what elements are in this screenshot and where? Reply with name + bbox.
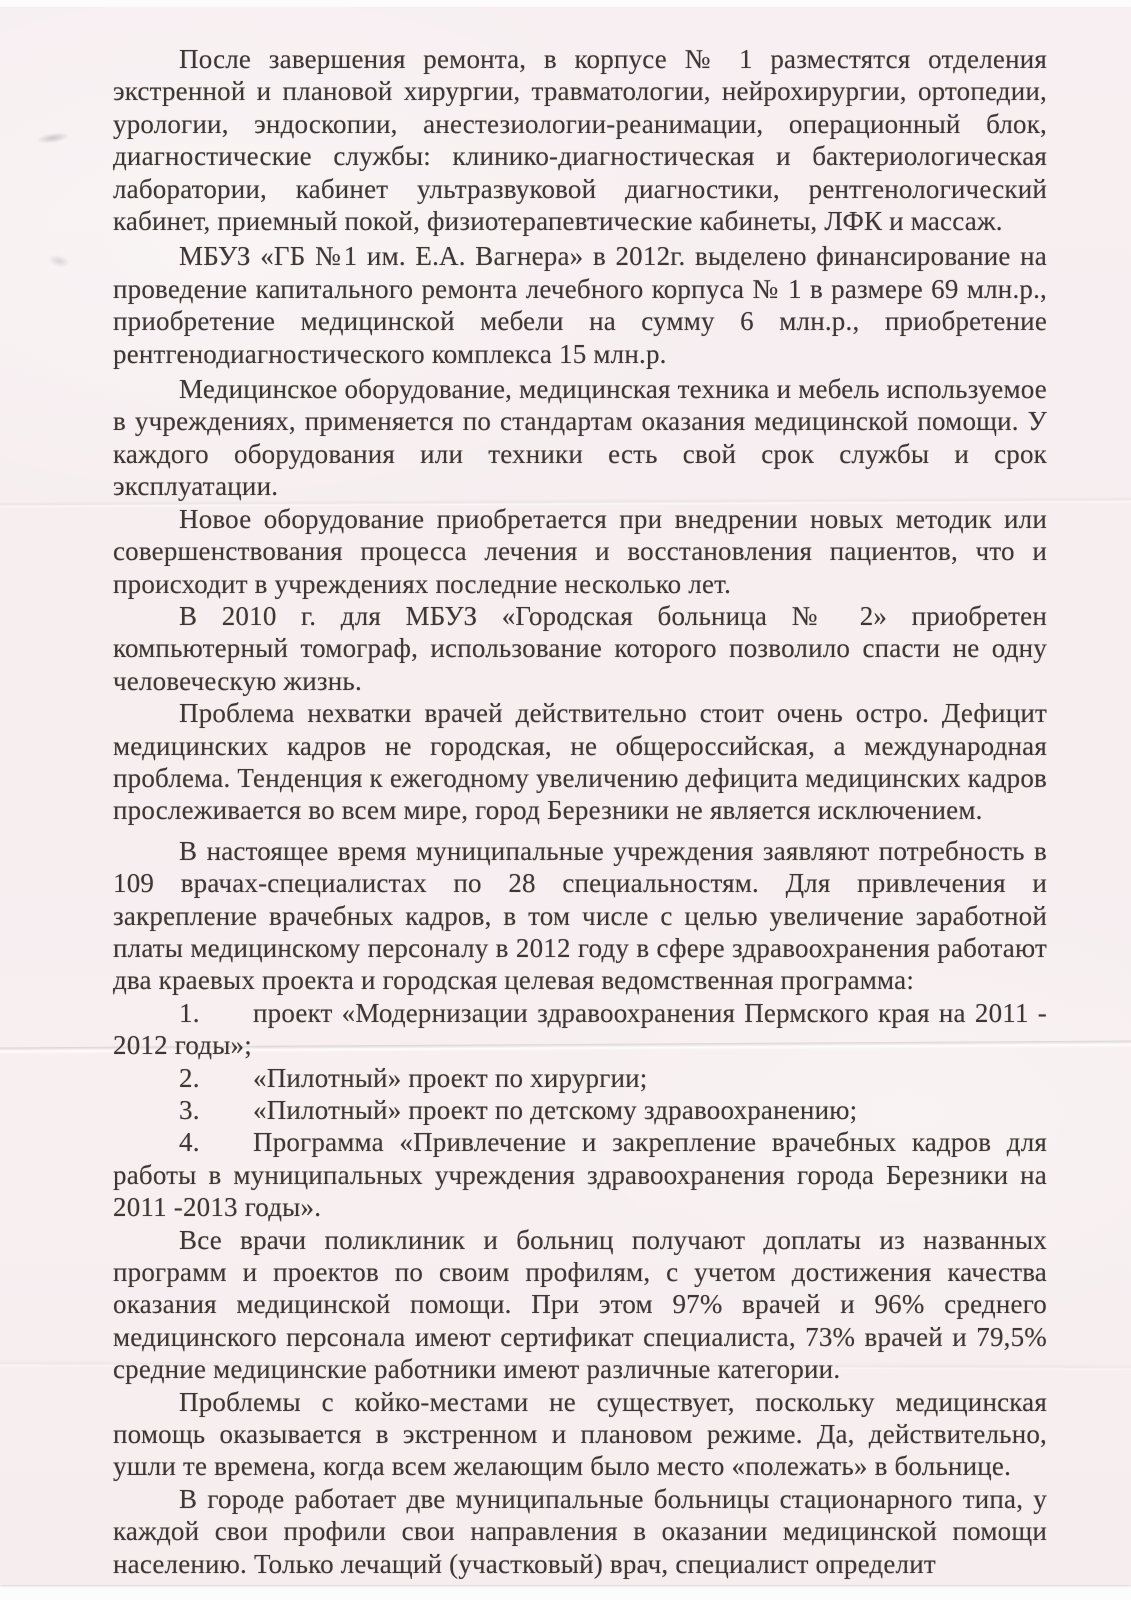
document-text-block: После завершения ремонта, в корпусе № 1 … bbox=[113, 43, 1047, 1580]
scanned-document-page: После завершения ремонта, в корпусе № 1 … bbox=[0, 7, 1131, 1585]
paragraph-remont-korpus1: После завершения ремонта, в корпусе № 1 … bbox=[113, 43, 1047, 237]
numbered-list-item: 3.«Пилотный» проект по детскому здравоох… bbox=[113, 1094, 1047, 1126]
paragraph-novoe-oborudovanie: Новое оборудование приобретается при вне… bbox=[113, 503, 1047, 600]
list-item-number: 1. bbox=[179, 997, 253, 1029]
paragraph-potrebnost-vrachi: В настоящее время муниципальные учрежден… bbox=[113, 835, 1047, 997]
paragraph-dve-bolnicy: В городе работает две муниципальные боль… bbox=[113, 1483, 1047, 1580]
list-item-text: проект «Модернизации здравоохранения Пер… bbox=[113, 998, 1047, 1060]
list-item-text: Программа «Привлечение и закрепление вра… bbox=[113, 1127, 1047, 1222]
pencil-mark bbox=[47, 253, 71, 270]
numbered-list-item: 2.«Пилотный» проект по хирургии; bbox=[113, 1062, 1047, 1094]
paragraph-oborudovanie-standarty: Медицинское оборудование, медицинская те… bbox=[113, 373, 1047, 503]
list-item-text: «Пилотный» проект по детскому здравоохра… bbox=[253, 1095, 857, 1125]
list-item-number: 3. bbox=[179, 1094, 253, 1126]
list-item-number: 4. bbox=[179, 1126, 253, 1158]
paragraph-finansirovanie: МБУЗ «ГБ №1 им. Е.А. Вагнера» в 2012г. в… bbox=[113, 240, 1047, 370]
pencil-mark bbox=[35, 131, 70, 146]
numbered-list-item: 4.Программа «Привлечение и закрепление в… bbox=[113, 1126, 1047, 1223]
numbered-list-item: 1.проект «Модернизации здравоохранения П… bbox=[113, 997, 1047, 1062]
paragraph-deficit-vrachej: Проблема нехватки врачей действительно с… bbox=[113, 697, 1047, 827]
paragraph-doplaty-sertifikaty: Все врачи поликлиник и больниц получают … bbox=[113, 1224, 1047, 1386]
paragraph-kojko-mesta: Проблемы с койко-местами не существует, … bbox=[113, 1386, 1047, 1483]
list-item-text: «Пилотный» проект по хирургии; bbox=[253, 1063, 648, 1093]
paragraph-tomograf: В 2010 г. для МБУЗ «Городская больница №… bbox=[113, 600, 1047, 697]
list-item-number: 2. bbox=[179, 1062, 253, 1094]
